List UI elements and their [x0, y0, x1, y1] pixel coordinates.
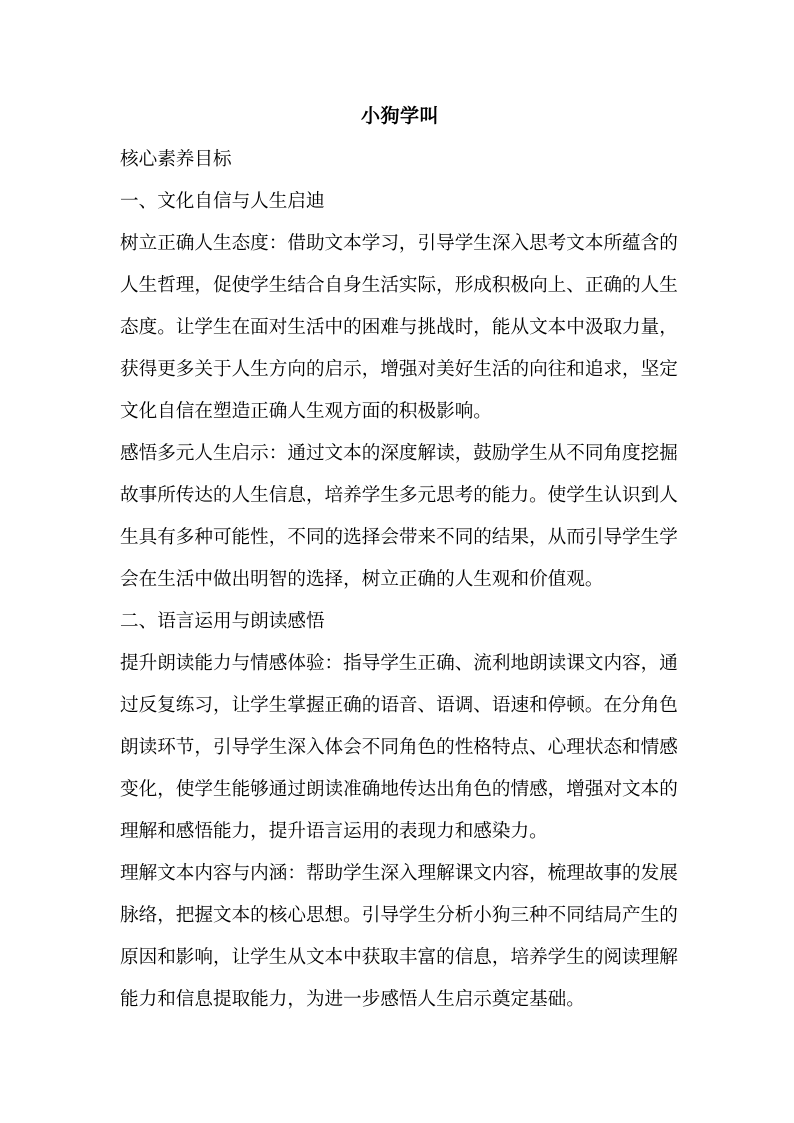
section-2-paragraph-2: 理解文本内容与内涵：帮助学生深入理解课文内容，梳理故事的发展脉络，把握文本的核心…: [120, 852, 680, 1020]
document-content: 小狗学叫 核心素养目标 一、文化自信与人生启迪 树立正确人生态度：借助文本学习，…: [0, 0, 794, 1020]
section-1-paragraph-1: 树立正确人生态度：借助文本学习，引导学生深入思考文本所蕴含的人生哲理，促使学生结…: [120, 222, 680, 432]
section-1-paragraph-2: 感悟多元人生启示：通过文本的深度解读，鼓励学生从不同角度挖掘故事所传达的人生信息…: [120, 432, 680, 600]
section-2-paragraph-1: 提升朗读能力与情感体验：指导学生正确、流利地朗读课文内容，通过反复练习，让学生掌…: [120, 642, 680, 852]
core-competency-heading: 核心素养目标: [120, 138, 680, 180]
document-title: 小狗学叫: [120, 96, 680, 138]
section-1-heading: 一、文化自信与人生启迪: [120, 180, 680, 222]
section-2-heading: 二、语言运用与朗读感悟: [120, 600, 680, 642]
document-page: 小狗学叫 核心素养目标 一、文化自信与人生启迪 树立正确人生态度：借助文本学习，…: [0, 0, 794, 1123]
